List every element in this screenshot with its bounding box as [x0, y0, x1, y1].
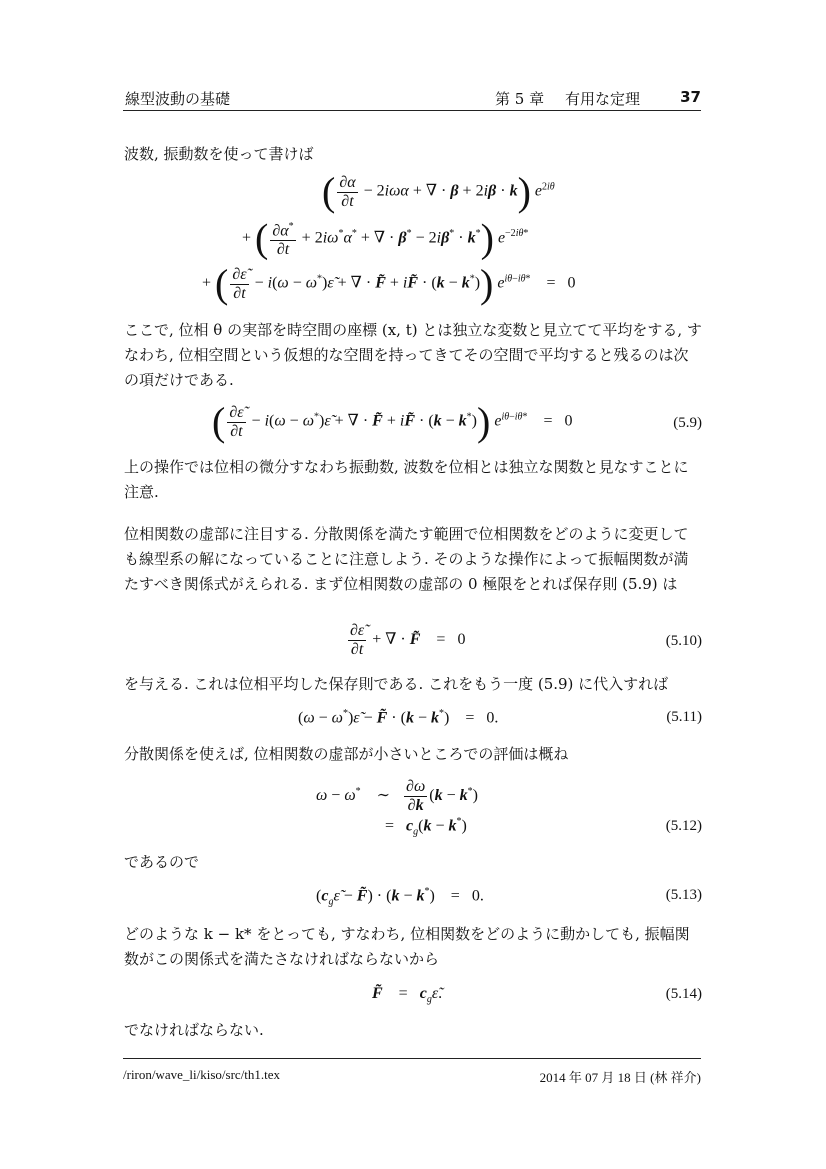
paragraph-phase-averaged-law: を与える. これは位相平均した保存則である. これをもう一度 (5.9) に代入… [124, 672, 702, 697]
paragraph-dispersion: 分散関係を使えば, 位相関数の虚部が小さいところでの評価は概ね [124, 742, 702, 767]
equation-line-2: + (∂α*∂t + 2iω*α* + ∇ · β* − 2iβ* · k*) … [242, 218, 528, 259]
page-footer: /riron/wave_li/kiso/src/th1.tex 2014 年 0… [123, 1058, 701, 1081]
equation-number-5-11: (5.11) [666, 709, 702, 726]
equation-5-14: F̃ = cgε̃. [372, 985, 442, 1005]
equation-line-1: (∂α∂t − 2iωα + ∇ · β + 2iβ · k) e2iθ [322, 172, 555, 212]
section-title: 有用な定理 [565, 88, 640, 109]
equation-5-12-line-2: = cg(k − k*) [385, 816, 467, 838]
paragraph-note: 上の操作では位相の微分すなわち振動数, 波数を位相とは独立な関数と見なすことに注… [124, 455, 702, 505]
equation-5-13: (cgε̃ − F̃) · (k − k*) = 0. [316, 886, 484, 908]
paragraph-therefore: であるので [124, 850, 702, 875]
equation-5-11: (ω − ω*)ε̃ − F̃ · (k − k*) = 0. [298, 708, 498, 727]
page-header: 線型波動の基礎 第 5 章 有用な定理 37 [123, 88, 701, 111]
footer-date-author: 2014 年 07 月 18 日 (林 祥介) [540, 1067, 701, 1086]
page-number: 37 [680, 88, 701, 106]
paragraph-any-k: どのような k − k* をとっても, すなわち, 位相関数をどのように動かして… [124, 922, 702, 972]
book-title: 線型波動の基礎 [125, 88, 230, 109]
equation-number-5-10: (5.10) [666, 633, 702, 650]
equation-number-5-12: (5.12) [666, 818, 702, 835]
source-file-path: /riron/wave_li/kiso/src/th1.tex [123, 1067, 280, 1083]
equation-5-9: (∂ε̃∂t − i(ω − ω*)ε̃ + ∇ · F̃ + iF̃ · (k… [212, 402, 573, 442]
paragraph-conclusion: でなければならない. [124, 1018, 702, 1043]
equation-number-5-9: (5.9) [673, 415, 702, 432]
equation-number-5-13: (5.13) [666, 887, 702, 904]
paragraph-phase-average: ここで, 位相 θ の実部を時空間の座標 (x, t) とは独立な変数と見立てて… [124, 318, 702, 393]
chapter-label: 第 5 章 [495, 88, 544, 109]
equation-number-5-14: (5.14) [666, 986, 702, 1003]
equation-5-12-line-1: ω − ω* ∼ ∂ω∂k(k − k*) [316, 778, 478, 815]
paragraph-imaginary-part: 位相関数の虚部に注目する. 分散関係を満たす範囲で位相関数をどのように変更しても… [124, 522, 702, 597]
document-page: 線型波動の基礎 第 5 章 有用な定理 37 波数, 振動数を使って書けば (∂… [0, 0, 826, 1169]
paragraph-intro: 波数, 振動数を使って書けば [124, 142, 702, 167]
equation-line-3: + (∂ε̃∂t − i(ω − ω*)ε̃ + ∇ · F̃ + iF̃ · … [202, 264, 576, 304]
equation-5-10: ∂ε̃∂t + ∇ · F̃ = 0 [346, 622, 465, 659]
